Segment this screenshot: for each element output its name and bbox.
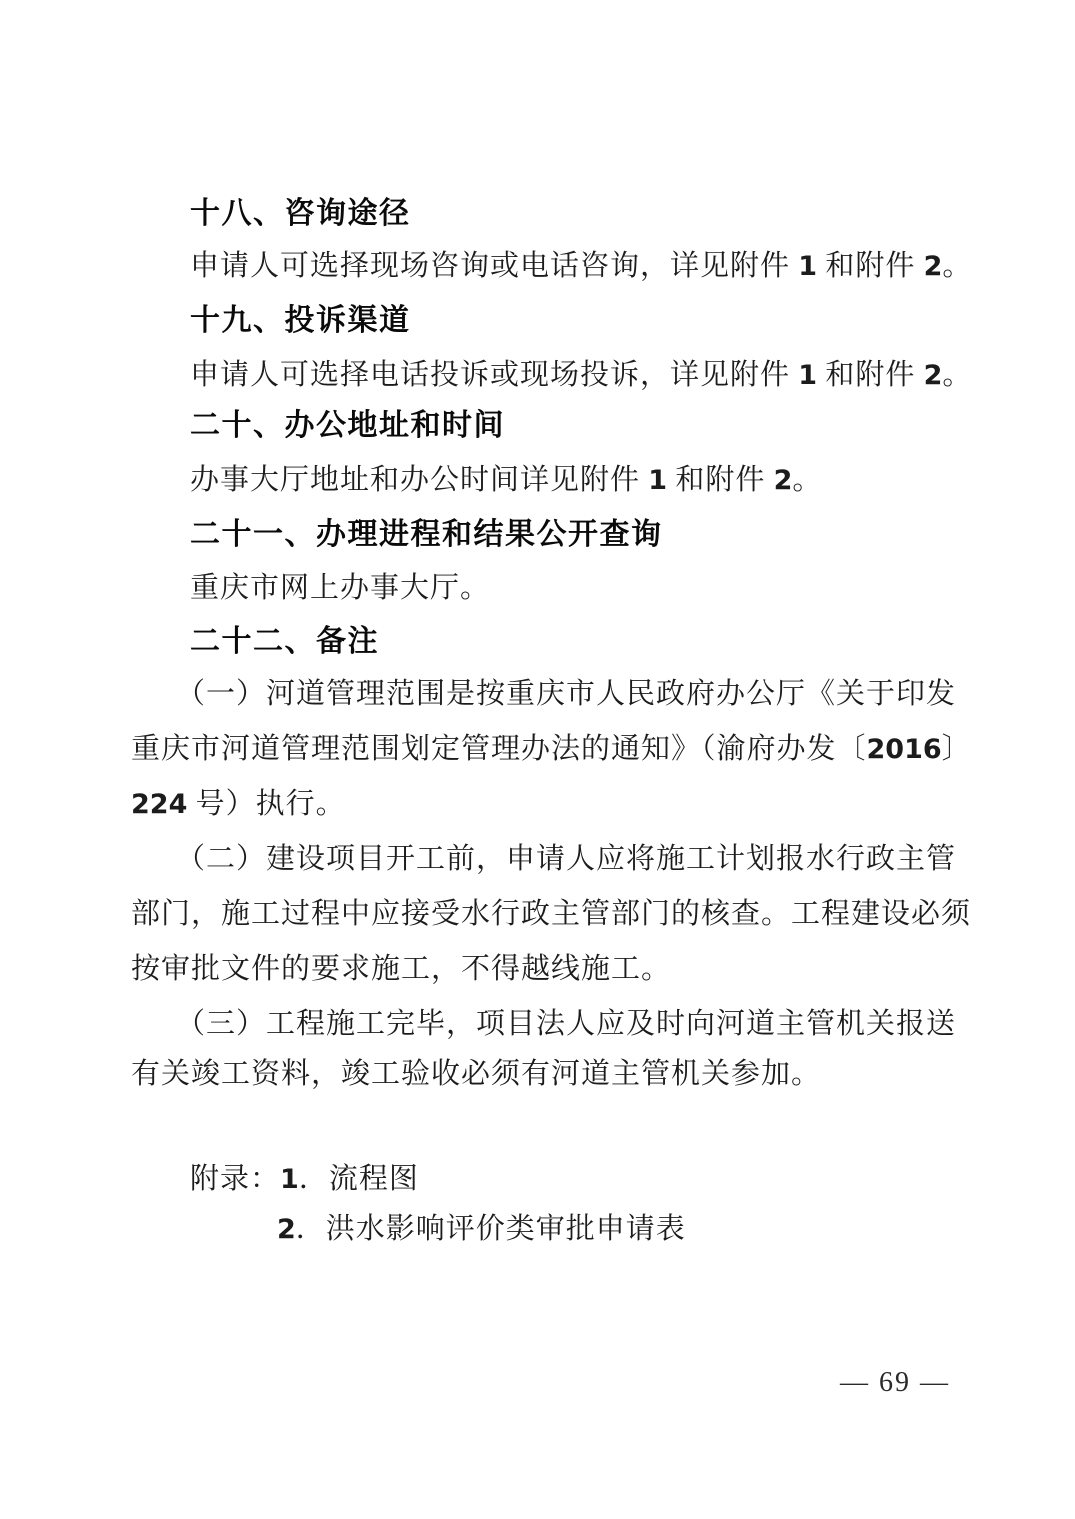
note-1-line-3: 224 号）执行。 <box>131 787 346 822</box>
note-2-line-1: （二）建设项目开工前，申请人应将施工计划报水行政主管 <box>176 842 956 877</box>
section-19-paragraph: 申请人可选择电话投诉或现场投诉，详见附件 1 和附件 2。 <box>190 358 972 393</box>
note-1-line-1: （一）河道管理范围是按重庆市人民政府办公厅《关于印发 <box>176 677 956 712</box>
section-18-heading: 十八、咨询途径 <box>190 196 411 232</box>
appendix-item-2: 2．洪水影响评价类审批申请表 <box>277 1212 686 1247</box>
note-3-line-2: 有关竣工资料，竣工验收必须有河道主管机关参加。 <box>131 1057 821 1092</box>
section-20-heading: 二十、办公地址和时间 <box>190 408 505 444</box>
section-19-heading: 十九、投诉渠道 <box>190 303 411 339</box>
page-number: — 69 — <box>840 1366 950 1400</box>
section-18-paragraph: 申请人可选择现场咨询或电话咨询，详见附件 1 和附件 2。 <box>190 249 972 284</box>
note-3-line-1: （三）工程施工完毕，项目法人应及时向河道主管机关报送 <box>176 1007 956 1042</box>
document-page: 十八、咨询途径 申请人可选择现场咨询或电话咨询，详见附件 1 和附件 2。 十九… <box>0 0 1075 1519</box>
note-2-line-3: 按审批文件的要求施工，不得越线施工。 <box>131 952 671 987</box>
section-20-paragraph: 办事大厅地址和办公时间详见附件 1 和附件 2。 <box>190 463 822 498</box>
section-21-paragraph: 重庆市网上办事大厅。 <box>190 571 490 606</box>
note-1-line-2: 重庆市河道管理范围划定管理办法的通知》（渝府办发〔2016〕 <box>131 732 972 767</box>
appendix-item-1: 附录：1．流程图 <box>190 1162 419 1197</box>
section-22-heading: 二十二、备注 <box>190 624 379 660</box>
note-2-line-2: 部门，施工过程中应接受水行政主管部门的核查。工程建设必须 <box>131 897 971 932</box>
section-21-heading: 二十一、办理进程和结果公开查询 <box>190 517 663 553</box>
